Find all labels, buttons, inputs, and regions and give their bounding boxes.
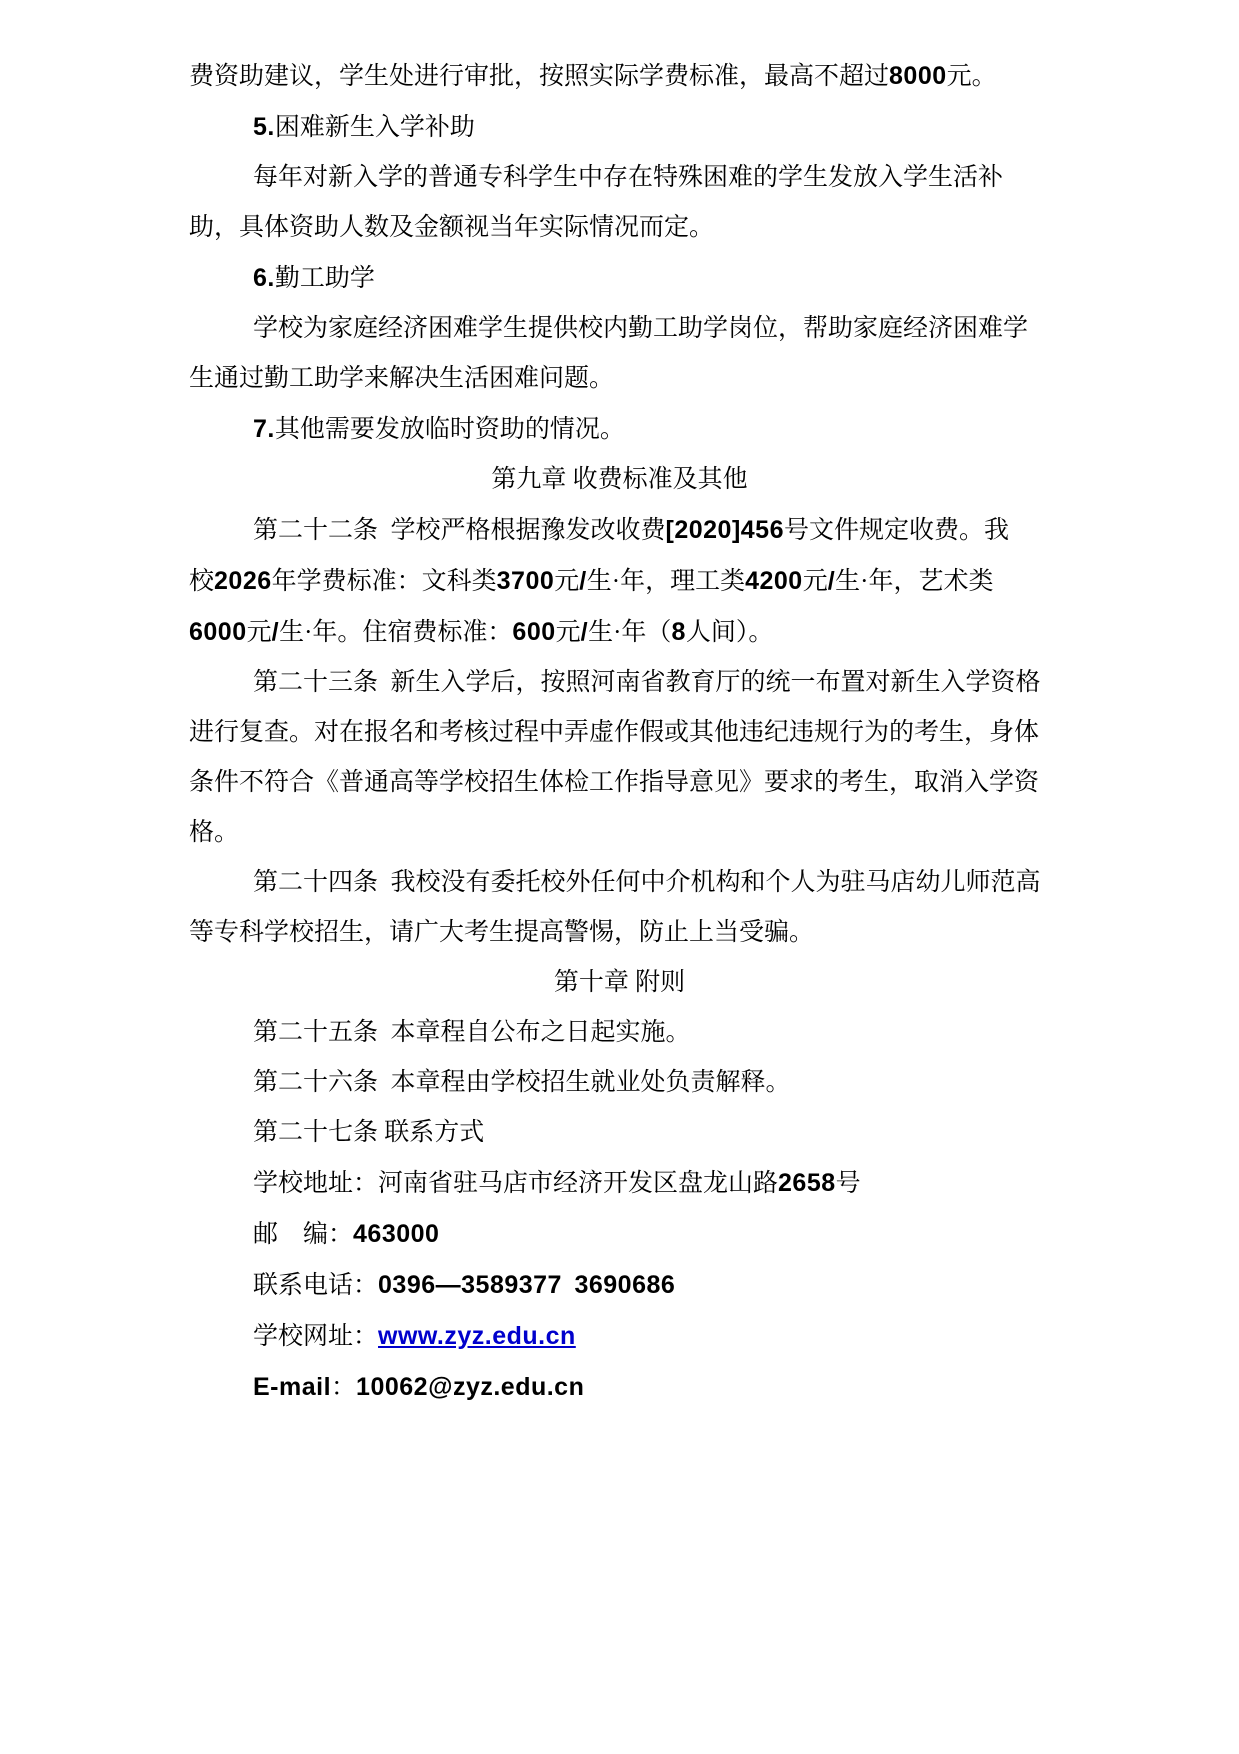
paragraph-line: 校2026年学费标准：文科类3700元/生·年，理工类4200元/生·年，艺术类 (189, 556, 1050, 607)
paragraph-text: 7.其他需要发放临时资助的情况。 (253, 416, 625, 443)
paragraph-text: 助，具体资助人数及金额视当年实际情况而定。 (189, 214, 714, 241)
paragraph-text: 6000元/生·年。住宿费标准：600元/生·年（8人间）。 (189, 619, 773, 646)
paragraph-line: 第二十四条 我校没有委托校外任何中介机构和个人为驻马店幼儿师范高 (189, 858, 1050, 908)
paragraph-line: 生通过勤工助学来解决生活困难问题。 (189, 354, 1050, 404)
paragraph-line: 助，具体资助人数及金额视当年实际情况而定。 (189, 203, 1050, 253)
paragraph-text: 邮 编：463000 (253, 1221, 439, 1248)
paragraph-text: 格。 (189, 819, 239, 846)
paragraph-text: 条件不符合《普通高等学校招生体检工作指导意见》要求的考生，取消入学资 (189, 769, 1039, 796)
paragraph-line: 第二十三条 新生入学后，按照河南省教育厅的统一布置对新生入学资格 (189, 658, 1050, 708)
school-website-link[interactable]: www.zyz.edu.cn (378, 1322, 576, 1350)
paragraph-text: 第十章 附则 (554, 969, 685, 996)
paragraph-line: 学校地址：河南省驻马店市经济开发区盘龙山路2658号 (189, 1158, 1050, 1209)
paragraph-text: E-mail：10062@zyz.edu.cn (253, 1374, 584, 1401)
paragraph-text: 学校网址： (253, 1323, 378, 1350)
paragraph-text: 第二十七条 联系方式 (253, 1119, 484, 1146)
paragraph-line: 第二十六条 本章程由学校招生就业处负责解释。 (189, 1058, 1050, 1108)
paragraph-line: 学校为家庭经济困难学生提供校内勤工助学岗位，帮助家庭经济困难学 (189, 304, 1050, 354)
paragraph-text: 第二十五条 本章程自公布之日起实施。 (253, 1019, 691, 1046)
paragraph-line: 进行复查。对在报名和考核过程中弄虚作假或其他违纪违规行为的考生，身体 (189, 708, 1050, 758)
paragraph-text: 学校地址：河南省驻马店市经济开发区盘龙山路2658号 (253, 1170, 861, 1197)
paragraph-line: 第二十七条 联系方式 (189, 1108, 1050, 1158)
paragraph-line: 6000元/生·年。住宿费标准：600元/生·年（8人间）。 (189, 607, 1050, 658)
paragraph-line: 条件不符合《普通高等学校招生体检工作指导意见》要求的考生，取消入学资 (189, 758, 1050, 808)
paragraph-text: 第二十三条 新生入学后，按照河南省教育厅的统一布置对新生入学资格 (253, 669, 1041, 696)
paragraph-line: E-mail：10062@zyz.edu.cn (189, 1362, 1050, 1413)
paragraph-text: 等专科学校招生，请广大考生提高警惕，防止上当受骗。 (189, 919, 814, 946)
paragraph-text: 5.困难新生入学补助 (253, 114, 475, 141)
paragraph-text: 费资助建议，学生处进行审批，按照实际学费标准，最高不超过8000元。 (189, 63, 997, 90)
paragraph-line: 联系电话：0396—3589377 3690686 (189, 1260, 1050, 1311)
paragraph-text: 生通过勤工助学来解决生活困难问题。 (189, 365, 614, 392)
paragraph-line: 每年对新入学的普通专科学生中存在特殊困难的学生发放入学生活补 (189, 153, 1050, 203)
paragraph-line: 5.困难新生入学补助 (189, 102, 1050, 153)
paragraph-line: 学校网址：www.zyz.edu.cn (189, 1311, 1050, 1362)
document-body: 费资助建议，学生处进行审批，按照实际学费标准，最高不超过8000元。5.困难新生… (189, 51, 1050, 1413)
paragraph-text: 第二十二条 学校严格根据豫发改收费[2020]456号文件规定收费。我 (253, 517, 1009, 544)
paragraph-line: 格。 (189, 808, 1050, 858)
paragraph-line: 费资助建议，学生处进行审批，按照实际学费标准，最高不超过8000元。 (189, 51, 1050, 102)
paragraph-text: 每年对新入学的普通专科学生中存在特殊困难的学生发放入学生活补 (253, 164, 1003, 191)
paragraph-text: 第二十四条 我校没有委托校外任何中介机构和个人为驻马店幼儿师范高 (253, 869, 1041, 896)
paragraph-line: 第二十五条 本章程自公布之日起实施。 (189, 1008, 1050, 1058)
paragraph-text: 第九章 收费标准及其他 (491, 466, 747, 493)
paragraph-line: 6.勤工助学 (189, 253, 1050, 304)
paragraph-text: 学校为家庭经济困难学生提供校内勤工助学岗位，帮助家庭经济困难学 (253, 315, 1028, 342)
paragraph-text: 校2026年学费标准：文科类3700元/生·年，理工类4200元/生·年，艺术类 (189, 568, 994, 595)
paragraph-line: 邮 编：463000 (189, 1209, 1050, 1260)
paragraph-text: 联系电话：0396—3589377 3690686 (253, 1272, 675, 1299)
paragraph-text: 进行复查。对在报名和考核过程中弄虚作假或其他违纪违规行为的考生，身体 (189, 719, 1039, 746)
chapter-heading: 第九章 收费标准及其他 (189, 455, 1050, 505)
paragraph-line: 7.其他需要发放临时资助的情况。 (189, 404, 1050, 455)
paragraph-text: 第二十六条 本章程由学校招生就业处负责解释。 (253, 1069, 791, 1096)
document-page: 费资助建议，学生处进行审批，按照实际学费标准，最高不超过8000元。5.困难新生… (0, 0, 1239, 1754)
paragraph-line: 等专科学校招生，请广大考生提高警惕，防止上当受骗。 (189, 908, 1050, 958)
paragraph-line: 第二十二条 学校严格根据豫发改收费[2020]456号文件规定收费。我 (189, 505, 1050, 556)
paragraph-text: 6.勤工助学 (253, 265, 375, 292)
chapter-heading: 第十章 附则 (189, 958, 1050, 1008)
